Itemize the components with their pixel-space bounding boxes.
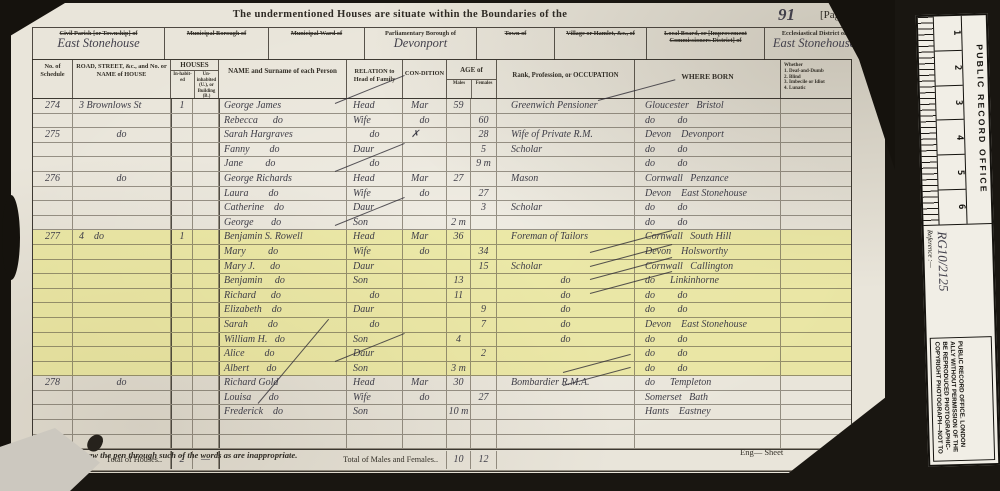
cell-born [635, 420, 781, 434]
census-row: Catherine doDaur3Scholardo do [33, 201, 851, 216]
cell-age_f: 7 [471, 318, 497, 332]
cell-condition [403, 405, 447, 419]
district-field-value: East Stonehouse [33, 36, 164, 51]
cell-name: Mary do [219, 245, 347, 259]
cell-age_f: 9 m [471, 157, 497, 171]
cell-relation: do [347, 289, 403, 303]
cell-relation: Son [347, 274, 403, 288]
cell-born: Devon Devonport [635, 128, 781, 142]
cell-uninhabited [193, 435, 219, 449]
cell-relation: do [347, 128, 403, 142]
cell-schedule [33, 157, 73, 171]
cell-condition: Mar [403, 99, 447, 113]
cell-road [73, 157, 171, 171]
page-number: 91 [778, 5, 795, 25]
census-row: Mary doWifedo34Devon Holsworthy [33, 245, 851, 260]
cell-occupation: Greenwich Pensioner [497, 99, 635, 113]
cell-schedule: 275 [33, 128, 73, 142]
cell-schedule [33, 333, 73, 347]
cell-infirmity [781, 172, 851, 186]
cell-road [73, 362, 171, 376]
cell-relation: Daur [347, 260, 403, 274]
census-row: Rebecca doWifedo60do do [33, 114, 851, 129]
cell-age_f: 60 [471, 114, 497, 128]
cell-uninhabited [193, 114, 219, 128]
cell-inhabited [171, 260, 193, 274]
header-occupation: Rank, Profession, or OCCUPATION [497, 60, 635, 98]
cell-relation: Daur [347, 347, 403, 361]
cell-road: 3 Brownlows St [73, 99, 171, 113]
header-houses-group: HOUSES In-habit-ed Un-inhabited (U.), or… [171, 60, 219, 98]
header-inhabited: In-habit-ed [171, 71, 195, 98]
cell-inhabited [171, 114, 193, 128]
header-males: Males [447, 80, 472, 98]
cell-road [73, 187, 171, 201]
district-field: Local Board, or [Improvement Commissione… [647, 28, 765, 60]
cell-road [73, 143, 171, 157]
cell-occupation: Scholar [497, 260, 635, 274]
table-rows: 2743 Brownlows St1George JamesHeadMar59G… [33, 99, 851, 449]
cell-occupation [497, 420, 635, 434]
cell-condition [403, 157, 447, 171]
cell-relation: Head [347, 99, 403, 113]
cell-uninhabited [193, 405, 219, 419]
cell-inhabited [171, 128, 193, 142]
cell-born: do do [635, 143, 781, 157]
census-row: Alice doDaur2do do [33, 347, 851, 362]
cell-road [73, 420, 171, 434]
cell-relation: Head [347, 230, 403, 244]
header-name: NAME and Surname of each Person [219, 60, 347, 98]
cell-relation: Son [347, 405, 403, 419]
stamp-reference-section: Reference :— RG10/2125 [924, 224, 995, 338]
cell-uninhabited [193, 172, 219, 186]
cell-born: do do [635, 303, 781, 317]
cell-age_f [471, 274, 497, 288]
census-row: 2743 Brownlows St1George JamesHeadMar59G… [33, 99, 851, 114]
cell-age_f: 3 [471, 201, 497, 215]
cell-occupation: Scholar [497, 143, 635, 157]
cell-inhabited [171, 289, 193, 303]
cell-schedule [33, 187, 73, 201]
census-sheet: The undermentioned Houses are situate wi… [10, 3, 885, 473]
cell-born: do do [635, 157, 781, 171]
cell-schedule [33, 391, 73, 405]
cell-schedule [33, 274, 73, 288]
cell-born: do do [635, 289, 781, 303]
header-houses: HOUSES [171, 60, 218, 71]
stamp-cell-number: 1 [934, 16, 962, 52]
cell-name: Richard do [219, 289, 347, 303]
cell-relation: Daur [347, 303, 403, 317]
cell-infirmity [781, 187, 851, 201]
cell-age_f [471, 435, 497, 449]
cell-age_f [471, 172, 497, 186]
cell-infirmity [781, 99, 851, 113]
census-row: 276doGeorge RichardsHeadMar27MasonCornwa… [33, 172, 851, 187]
cell-road: do [73, 128, 171, 142]
cell-uninhabited [193, 245, 219, 259]
cell-age_m [447, 318, 471, 332]
cell-infirmity [781, 391, 851, 405]
cell-age_m: 4 [447, 333, 471, 347]
cell-condition [403, 333, 447, 347]
cell-born: do do [635, 201, 781, 215]
cell-condition [403, 318, 447, 332]
cell-condition [403, 216, 447, 230]
cell-condition [403, 347, 447, 361]
cell-inhabited [171, 245, 193, 259]
cell-age_f: 27 [471, 187, 497, 201]
cell-condition [403, 420, 447, 434]
cell-condition [403, 362, 447, 376]
cell-condition [403, 303, 447, 317]
cell-name: George Richards [219, 172, 347, 186]
cell-road: 4 do [73, 230, 171, 244]
census-row: William H. doSon4dodo do [33, 333, 851, 348]
cell-infirmity [781, 216, 851, 230]
cell-age_f [471, 405, 497, 419]
cell-age_m [447, 143, 471, 157]
census-table: No. of Schedule ROAD, STREET, &c., and N… [32, 59, 852, 472]
cell-relation: Son [347, 362, 403, 376]
district-field-value: Devonport [365, 36, 476, 51]
total-females: 12 [471, 451, 497, 469]
cell-relation: do [347, 318, 403, 332]
district-field: Municipal Borough of [165, 28, 269, 60]
cell-uninhabited [193, 143, 219, 157]
cell-infirmity [781, 333, 851, 347]
cell-infirmity [781, 362, 851, 376]
cell-occupation [497, 405, 635, 419]
cell-age_m: 3 m [447, 362, 471, 376]
cell-age_m [447, 201, 471, 215]
stamp-cell-number: 2 [935, 51, 963, 87]
cell-relation [347, 435, 403, 449]
cell-road [73, 260, 171, 274]
cell-age_f [471, 362, 497, 376]
census-row: George doSon2 mdo do [33, 216, 851, 231]
cell-age_f [471, 420, 497, 434]
cell-road [73, 405, 171, 419]
cell-age_m [447, 157, 471, 171]
district-field: Civil Parish [or Township] ofEast Stoneh… [33, 28, 165, 60]
cell-name: Louisa do [219, 391, 347, 405]
cell-relation: Head [347, 172, 403, 186]
cell-inhabited [171, 274, 193, 288]
cell-schedule [33, 318, 73, 332]
stamp-cell-number: 3 [936, 85, 964, 121]
cell-age_f [471, 216, 497, 230]
cell-relation: Wife [347, 114, 403, 128]
census-row: Fanny doDaur5Scholardo do [33, 143, 851, 158]
cell-road [73, 114, 171, 128]
cell-schedule: 274 [33, 99, 73, 113]
census-row: Richard dodo11dodo do [33, 289, 851, 304]
cell-age_m [447, 435, 471, 449]
torn-blob-left [2, 195, 20, 280]
footnote: * Draw the pen through such of the words… [72, 450, 297, 460]
cell-inhabited [171, 333, 193, 347]
cell-road [73, 245, 171, 259]
stamp-office-name: PUBLIC RECORD OFFICE [962, 15, 992, 224]
cell-infirmity [781, 245, 851, 259]
header-females: Females [472, 80, 496, 98]
cell-schedule [33, 303, 73, 317]
cell-occupation: Foreman of Tailors [497, 230, 635, 244]
cell-age_m: 59 [447, 99, 471, 113]
cell-age_m [447, 391, 471, 405]
cell-uninhabited [193, 274, 219, 288]
cell-occupation [497, 114, 635, 128]
cell-uninhabited [193, 128, 219, 142]
cell-age_m: 11 [447, 289, 471, 303]
stamp-cell-number: 6 [939, 190, 967, 225]
cell-age_m [447, 347, 471, 361]
cell-relation: do [347, 157, 403, 171]
census-row: Elizabeth doDaur9dodo do [33, 303, 851, 318]
cell-age_m: 2 m [447, 216, 471, 230]
header-uninhabited: Un-inhabited (U.), or Building (B.) [195, 71, 218, 98]
cell-road [73, 333, 171, 347]
cell-condition: do [403, 245, 447, 259]
header-schedule: No. of Schedule [33, 60, 73, 98]
cell-condition: do [403, 187, 447, 201]
header-infirmity: Whether 1. Deaf-and-Dumb 2. Blind 3. Imb… [781, 60, 851, 98]
district-field: Parliamentary Borough ofDevonport [365, 28, 477, 60]
cell-occupation: do [497, 318, 635, 332]
cell-occupation: Wife of Private R.M. [497, 128, 635, 142]
census-row: Albert doSon3 mdo do [33, 362, 851, 377]
cell-schedule [33, 216, 73, 230]
cell-age_m: 30 [447, 376, 471, 390]
census-row: Laura doWifedo27Devon East Stonehouse [33, 187, 851, 202]
cell-uninhabited [193, 376, 219, 390]
cell-name: Rebecca do [219, 114, 347, 128]
cell-schedule: 278 [33, 376, 73, 390]
cell-name: Mary J. do [219, 260, 347, 274]
cell-occupation: Mason [497, 172, 635, 186]
header-condition: CON-DITION [403, 60, 447, 98]
cell-relation: Wife [347, 391, 403, 405]
cell-age_f: 2 [471, 347, 497, 361]
cell-born: Devon East Stonehouse [635, 318, 781, 332]
cell-condition [403, 435, 447, 449]
cell-name: Sarah Hargraves [219, 128, 347, 142]
census-row [33, 420, 851, 435]
cell-inhabited [171, 391, 193, 405]
cell-infirmity [781, 260, 851, 274]
cell-schedule [33, 405, 73, 419]
cell-inhabited [171, 318, 193, 332]
cell-name: Benjamin S. Rowell [219, 230, 347, 244]
census-row: 275doSarah Hargravesdo✗28Wife of Private… [33, 128, 851, 143]
cell-schedule [33, 245, 73, 259]
sheet-title: The undermentioned Houses are situate wi… [160, 9, 640, 20]
cell-condition [403, 289, 447, 303]
cell-name: Jane do [219, 157, 347, 171]
census-row [33, 435, 851, 450]
district-field-label: Village or Hamlet, &c., of [555, 28, 646, 37]
cell-born: Hants Eastney [635, 405, 781, 419]
cell-name: George do [219, 216, 347, 230]
cell-condition: Mar [403, 230, 447, 244]
cell-road: do [73, 376, 171, 390]
census-row: Benjamin doSon13dodo Linkinhorne [33, 274, 851, 289]
cell-infirmity [781, 420, 851, 434]
cell-infirmity [781, 274, 851, 288]
cell-age_f: 34 [471, 245, 497, 259]
cell-schedule [33, 289, 73, 303]
cell-name [219, 420, 347, 434]
cell-condition [403, 201, 447, 215]
cell-road [73, 391, 171, 405]
cell-age_m [447, 128, 471, 142]
stamp-cell-number: 4 [937, 120, 965, 156]
public-record-office-stamp: 123456 PUBLIC RECORD OFFICE Reference :—… [916, 13, 1000, 467]
census-row: 2774 do1Benjamin S. RowellHeadMar36Forem… [33, 230, 851, 245]
cell-uninhabited [193, 303, 219, 317]
cell-infirmity [781, 435, 851, 449]
cell-age_f: 15 [471, 260, 497, 274]
district-field-label: Town of [477, 28, 554, 37]
cell-infirmity [781, 230, 851, 244]
cell-uninhabited [193, 99, 219, 113]
cell-road [73, 303, 171, 317]
district-field: Town of [477, 28, 555, 60]
copyright-notice: COPYRIGHT PHOTOGRAPH—NOT TO BE REPRODUCE… [930, 336, 995, 462]
stamp-ruler-section: 123456 PUBLIC RECORD OFFICE [918, 15, 992, 226]
cell-name: George James [219, 99, 347, 113]
cell-infirmity [781, 376, 851, 390]
header-age: AGE of [447, 60, 496, 80]
census-row: 278doRichard GoldHeadMar30Bombardier R.M… [33, 376, 851, 391]
cell-schedule [33, 114, 73, 128]
scanned-census-page: The undermentioned Houses are situate wi… [0, 0, 1000, 491]
cell-uninhabited [193, 347, 219, 361]
cell-age_m [447, 187, 471, 201]
cell-schedule [33, 201, 73, 215]
cell-age_m [447, 260, 471, 274]
cell-age_f: 27 [471, 391, 497, 405]
cell-age_f: 5 [471, 143, 497, 157]
cell-uninhabited [193, 201, 219, 215]
cell-condition: do [403, 391, 447, 405]
cell-occupation [497, 187, 635, 201]
cell-born: do do [635, 362, 781, 376]
cell-road [73, 201, 171, 215]
cell-occupation: do [497, 303, 635, 317]
cell-infirmity [781, 114, 851, 128]
cell-condition: ✗ [403, 128, 447, 142]
cell-age_f [471, 289, 497, 303]
cell-infirmity [781, 303, 851, 317]
cell-road [73, 216, 171, 230]
cell-road: do [73, 172, 171, 186]
cell-born: do Linkinhorne [635, 274, 781, 288]
cell-inhabited [171, 187, 193, 201]
cell-inhabited [171, 303, 193, 317]
cell-inhabited [171, 420, 193, 434]
cell-age_m: 27 [447, 172, 471, 186]
cell-uninhabited [193, 187, 219, 201]
cell-road [73, 318, 171, 332]
census-row: Frederick doSon10 mHants Eastney [33, 405, 851, 420]
cell-occupation [497, 245, 635, 259]
cell-name: William H. do [219, 333, 347, 347]
cell-uninhabited [193, 391, 219, 405]
cell-born: Somerset Bath [635, 391, 781, 405]
cell-age_m: 10 m [447, 405, 471, 419]
stamp-cell-number: 5 [938, 155, 966, 191]
cell-age_m [447, 303, 471, 317]
reference-value: RG10/2125 [934, 231, 953, 333]
cell-age_f: 28 [471, 128, 497, 142]
cell-born: do Templeton [635, 376, 781, 390]
cell-uninhabited [193, 260, 219, 274]
cell-name: Elizabeth do [219, 303, 347, 317]
cell-infirmity [781, 157, 851, 171]
cell-occupation [497, 435, 635, 449]
cell-born: do do [635, 216, 781, 230]
district-field-label: Municipal Ward of [269, 28, 364, 37]
cell-uninhabited [193, 230, 219, 244]
cell-inhabited [171, 157, 193, 171]
cell-occupation [497, 216, 635, 230]
cell-schedule: 276 [33, 172, 73, 186]
cell-age_f [471, 99, 497, 113]
cell-infirmity [781, 128, 851, 142]
cell-name: Frederick do [219, 405, 347, 419]
census-row: Louisa doWifedo27Somerset Bath [33, 391, 851, 406]
census-row: Jane dodo9 mdo do [33, 157, 851, 172]
cell-name [219, 435, 347, 449]
cell-born: Cornwall Penzance [635, 172, 781, 186]
cell-uninhabited [193, 318, 219, 332]
cell-condition: Mar [403, 172, 447, 186]
census-row: Sarah dodo7doDevon East Stonehouse [33, 318, 851, 333]
cell-schedule [33, 143, 73, 157]
cell-infirmity [781, 405, 851, 419]
district-field-label: Local Board, or [Improvement Commissione… [647, 28, 764, 44]
cell-age_m: 36 [447, 230, 471, 244]
cell-condition [403, 274, 447, 288]
cell-schedule [33, 347, 73, 361]
header-born: WHERE BORN [635, 60, 781, 98]
cell-inhabited [171, 405, 193, 419]
cell-inhabited [171, 347, 193, 361]
cell-inhabited [171, 201, 193, 215]
cell-condition: Mar [403, 376, 447, 390]
cell-uninhabited [193, 362, 219, 376]
cell-name: Richard Gold [219, 376, 347, 390]
cell-born: Cornwall South Hill [635, 230, 781, 244]
cell-road [73, 274, 171, 288]
cell-road [73, 289, 171, 303]
cell-infirmity [781, 318, 851, 332]
cell-uninhabited [193, 420, 219, 434]
cell-name: Laura do [219, 187, 347, 201]
header-road: ROAD, STREET, &c., and No. or NAME of HO… [73, 60, 171, 98]
cell-infirmity [781, 289, 851, 303]
cell-inhabited: 1 [171, 99, 193, 113]
cell-uninhabited [193, 157, 219, 171]
cell-occupation: Scholar [497, 201, 635, 215]
cell-infirmity [781, 143, 851, 157]
cell-occupation: do [497, 333, 635, 347]
cell-condition [403, 260, 447, 274]
district-field: Village or Hamlet, &c., of [555, 28, 647, 60]
